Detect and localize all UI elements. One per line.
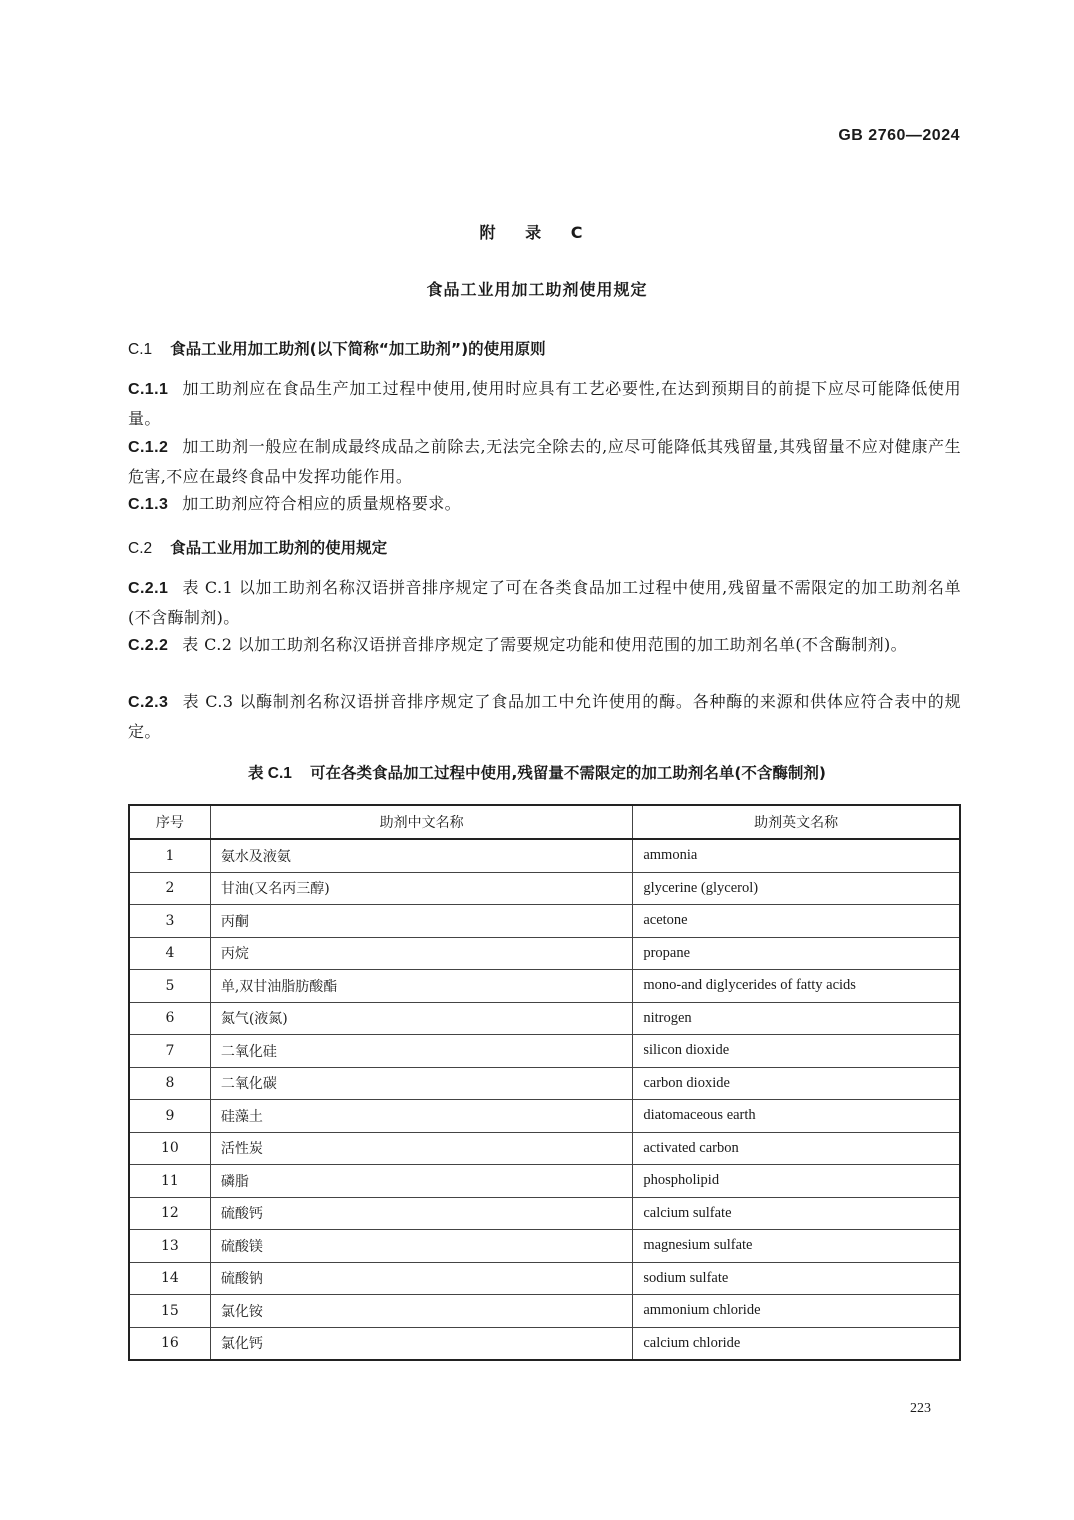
table-row: 2甘油(又名丙三醇)glycerine (glycerol) [129, 872, 960, 905]
row-chinese-name: 丙酮 [210, 905, 633, 938]
row-english-name: phospholipid [633, 1165, 960, 1198]
row-english-name: sodium sulfate [633, 1262, 960, 1295]
clause-c1-2: C.1.2加工助剂一般应在制成最终成品之前除去,无法完全除去的,应尽可能降低其残… [128, 432, 961, 491]
table-row: 8二氧化碳carbon dioxide [129, 1067, 960, 1100]
table-row: 11磷脂phospholipid [129, 1165, 960, 1198]
row-english-name: mono-and diglycerides of fatty acids [633, 970, 960, 1003]
table-row: 9硅藻土diatomaceous earth [129, 1100, 960, 1133]
row-index: 5 [129, 970, 210, 1003]
row-chinese-name: 二氧化碳 [210, 1067, 633, 1100]
row-english-name: acetone [633, 905, 960, 938]
row-english-name: nitrogen [633, 1002, 960, 1035]
row-index: 4 [129, 937, 210, 970]
table-row: 6氮气(液氮)nitrogen [129, 1002, 960, 1035]
row-chinese-name: 活性炭 [210, 1132, 633, 1165]
row-index: 15 [129, 1295, 210, 1328]
row-index: 2 [129, 872, 210, 905]
row-chinese-name: 硫酸镁 [210, 1230, 633, 1263]
table-header-row: 序号 助剂中文名称 助剂英文名称 [129, 805, 960, 839]
section-number: C.1 [128, 341, 152, 358]
clause-c1-1: C.1.1加工助剂应在食品生产加工过程中使用,使用时应具有工艺必要性,在达到预期… [128, 374, 961, 433]
table-row: 5单,双甘油脂肪酸酯mono-and diglycerides of fatty… [129, 970, 960, 1003]
table-row: 7二氧化硅silicon dioxide [129, 1035, 960, 1068]
row-english-name: silicon dioxide [633, 1035, 960, 1068]
row-english-name: glycerine (glycerol) [633, 872, 960, 905]
section-title: 食品工业用加工助剂(以下简称“加工助剂”)的使用原则 [170, 340, 546, 358]
clause-text: 加工助剂一般应在制成最终成品之前除去,无法完全除去的,应尽可能降低其残留量,其残… [128, 437, 961, 486]
clause-number: C.2.3 [128, 694, 168, 711]
standard-number: GB 2760—2024 [838, 127, 960, 145]
clause-c2-1: C.2.1表 C.1 以加工助剂名称汉语拼音排序规定了可在各类食品加工过程中使用… [128, 573, 961, 632]
row-index: 13 [129, 1230, 210, 1263]
table-row: 16氯化钙calcium chloride [129, 1327, 960, 1360]
section-title: 食品工业用加工助剂的使用规定 [170, 539, 387, 557]
clause-number: C.2.2 [128, 637, 168, 654]
row-index: 9 [129, 1100, 210, 1133]
clause-text: 表 C.3 以酶制剂名称汉语拼音排序规定了食品加工中允许使用的酶。各种酶的来源和… [128, 692, 961, 741]
row-index: 1 [129, 839, 210, 872]
header-chinese-name: 助剂中文名称 [210, 805, 633, 839]
clause-text: 加工助剂应符合相应的质量规格要求。 [182, 494, 461, 513]
header-english-name: 助剂英文名称 [633, 805, 960, 839]
clause-c1-3: C.1.3加工助剂应符合相应的质量规格要求。 [128, 489, 961, 519]
row-index: 12 [129, 1197, 210, 1230]
clause-c2-2: C.2.2表 C.2 以加工助剂名称汉语拼音排序规定了需要规定功能和使用范围的加… [128, 630, 961, 660]
table-row: 1氨水及液氨ammonia [129, 839, 960, 872]
table-caption-text: 可在各类食品加工过程中使用,残留量不需限定的加工助剂名单(不含酶制剂) [310, 764, 826, 782]
row-chinese-name: 甘油(又名丙三醇) [210, 872, 633, 905]
row-english-name: calcium sulfate [633, 1197, 960, 1230]
table-caption-number: 表 C.1 [248, 765, 292, 782]
row-english-name: magnesium sulfate [633, 1230, 960, 1263]
row-english-name: activated carbon [633, 1132, 960, 1165]
row-index: 16 [129, 1327, 210, 1360]
section-number: C.2 [128, 540, 152, 557]
row-chinese-name: 氮气(液氮) [210, 1002, 633, 1035]
row-index: 14 [129, 1262, 210, 1295]
row-index: 10 [129, 1132, 210, 1165]
clause-text: 表 C.1 以加工助剂名称汉语拼音排序规定了可在各类食品加工过程中使用,残留量不… [128, 578, 961, 627]
clause-number: C.1.3 [128, 496, 168, 513]
clause-number: C.2.1 [128, 580, 168, 597]
table-caption: 表 C.1可在各类食品加工过程中使用,残留量不需限定的加工助剂名单(不含酶制剂) [0, 761, 1074, 783]
row-index: 8 [129, 1067, 210, 1100]
section-heading-c2: C.2食品工业用加工助剂的使用规定 [128, 536, 961, 558]
clause-number: C.1.1 [128, 381, 168, 398]
row-chinese-name: 氯化钙 [210, 1327, 633, 1360]
row-chinese-name: 磷脂 [210, 1165, 633, 1198]
clause-number: C.1.2 [128, 439, 168, 456]
appendix-title: 附 录 C [0, 220, 1074, 243]
table-row: 3丙酮acetone [129, 905, 960, 938]
row-english-name: ammonia [633, 839, 960, 872]
appendix-subtitle: 食品工业用加工助剂使用规定 [0, 277, 1074, 300]
row-chinese-name: 氨水及液氨 [210, 839, 633, 872]
table-row: 10活性炭activated carbon [129, 1132, 960, 1165]
section-heading-c1: C.1食品工业用加工助剂(以下简称“加工助剂”)的使用原则 [128, 337, 961, 359]
row-english-name: carbon dioxide [633, 1067, 960, 1100]
processing-aids-table: 序号 助剂中文名称 助剂英文名称 1氨水及液氨ammonia 2甘油(又名丙三醇… [128, 804, 961, 1361]
row-chinese-name: 二氧化硅 [210, 1035, 633, 1068]
row-english-name: diatomaceous earth [633, 1100, 960, 1133]
row-index: 11 [129, 1165, 210, 1198]
row-english-name: propane [633, 937, 960, 970]
row-index: 6 [129, 1002, 210, 1035]
row-chinese-name: 硫酸钠 [210, 1262, 633, 1295]
row-english-name: calcium chloride [633, 1327, 960, 1360]
table-row: 15氯化铵ammonium chloride [129, 1295, 960, 1328]
table-row: 14硫酸钠sodium sulfate [129, 1262, 960, 1295]
row-index: 7 [129, 1035, 210, 1068]
clause-c2-3: C.2.3表 C.3 以酶制剂名称汉语拼音排序规定了食品加工中允许使用的酶。各种… [128, 687, 961, 746]
header-index: 序号 [129, 805, 210, 839]
table-row: 13硫酸镁magnesium sulfate [129, 1230, 960, 1263]
row-english-name: ammonium chloride [633, 1295, 960, 1328]
table-row: 4丙烷propane [129, 937, 960, 970]
table-row: 12硫酸钙calcium sulfate [129, 1197, 960, 1230]
row-chinese-name: 氯化铵 [210, 1295, 633, 1328]
row-index: 3 [129, 905, 210, 938]
page-number: 223 [910, 1401, 931, 1417]
row-chinese-name: 硫酸钙 [210, 1197, 633, 1230]
row-chinese-name: 硅藻土 [210, 1100, 633, 1133]
clause-text: 表 C.2 以加工助剂名称汉语拼音排序规定了需要规定功能和使用范围的加工助剂名单… [182, 635, 907, 654]
clause-text: 加工助剂应在食品生产加工过程中使用,使用时应具有工艺必要性,在达到预期目的前提下… [128, 379, 961, 428]
row-chinese-name: 单,双甘油脂肪酸酯 [210, 970, 633, 1003]
row-chinese-name: 丙烷 [210, 937, 633, 970]
